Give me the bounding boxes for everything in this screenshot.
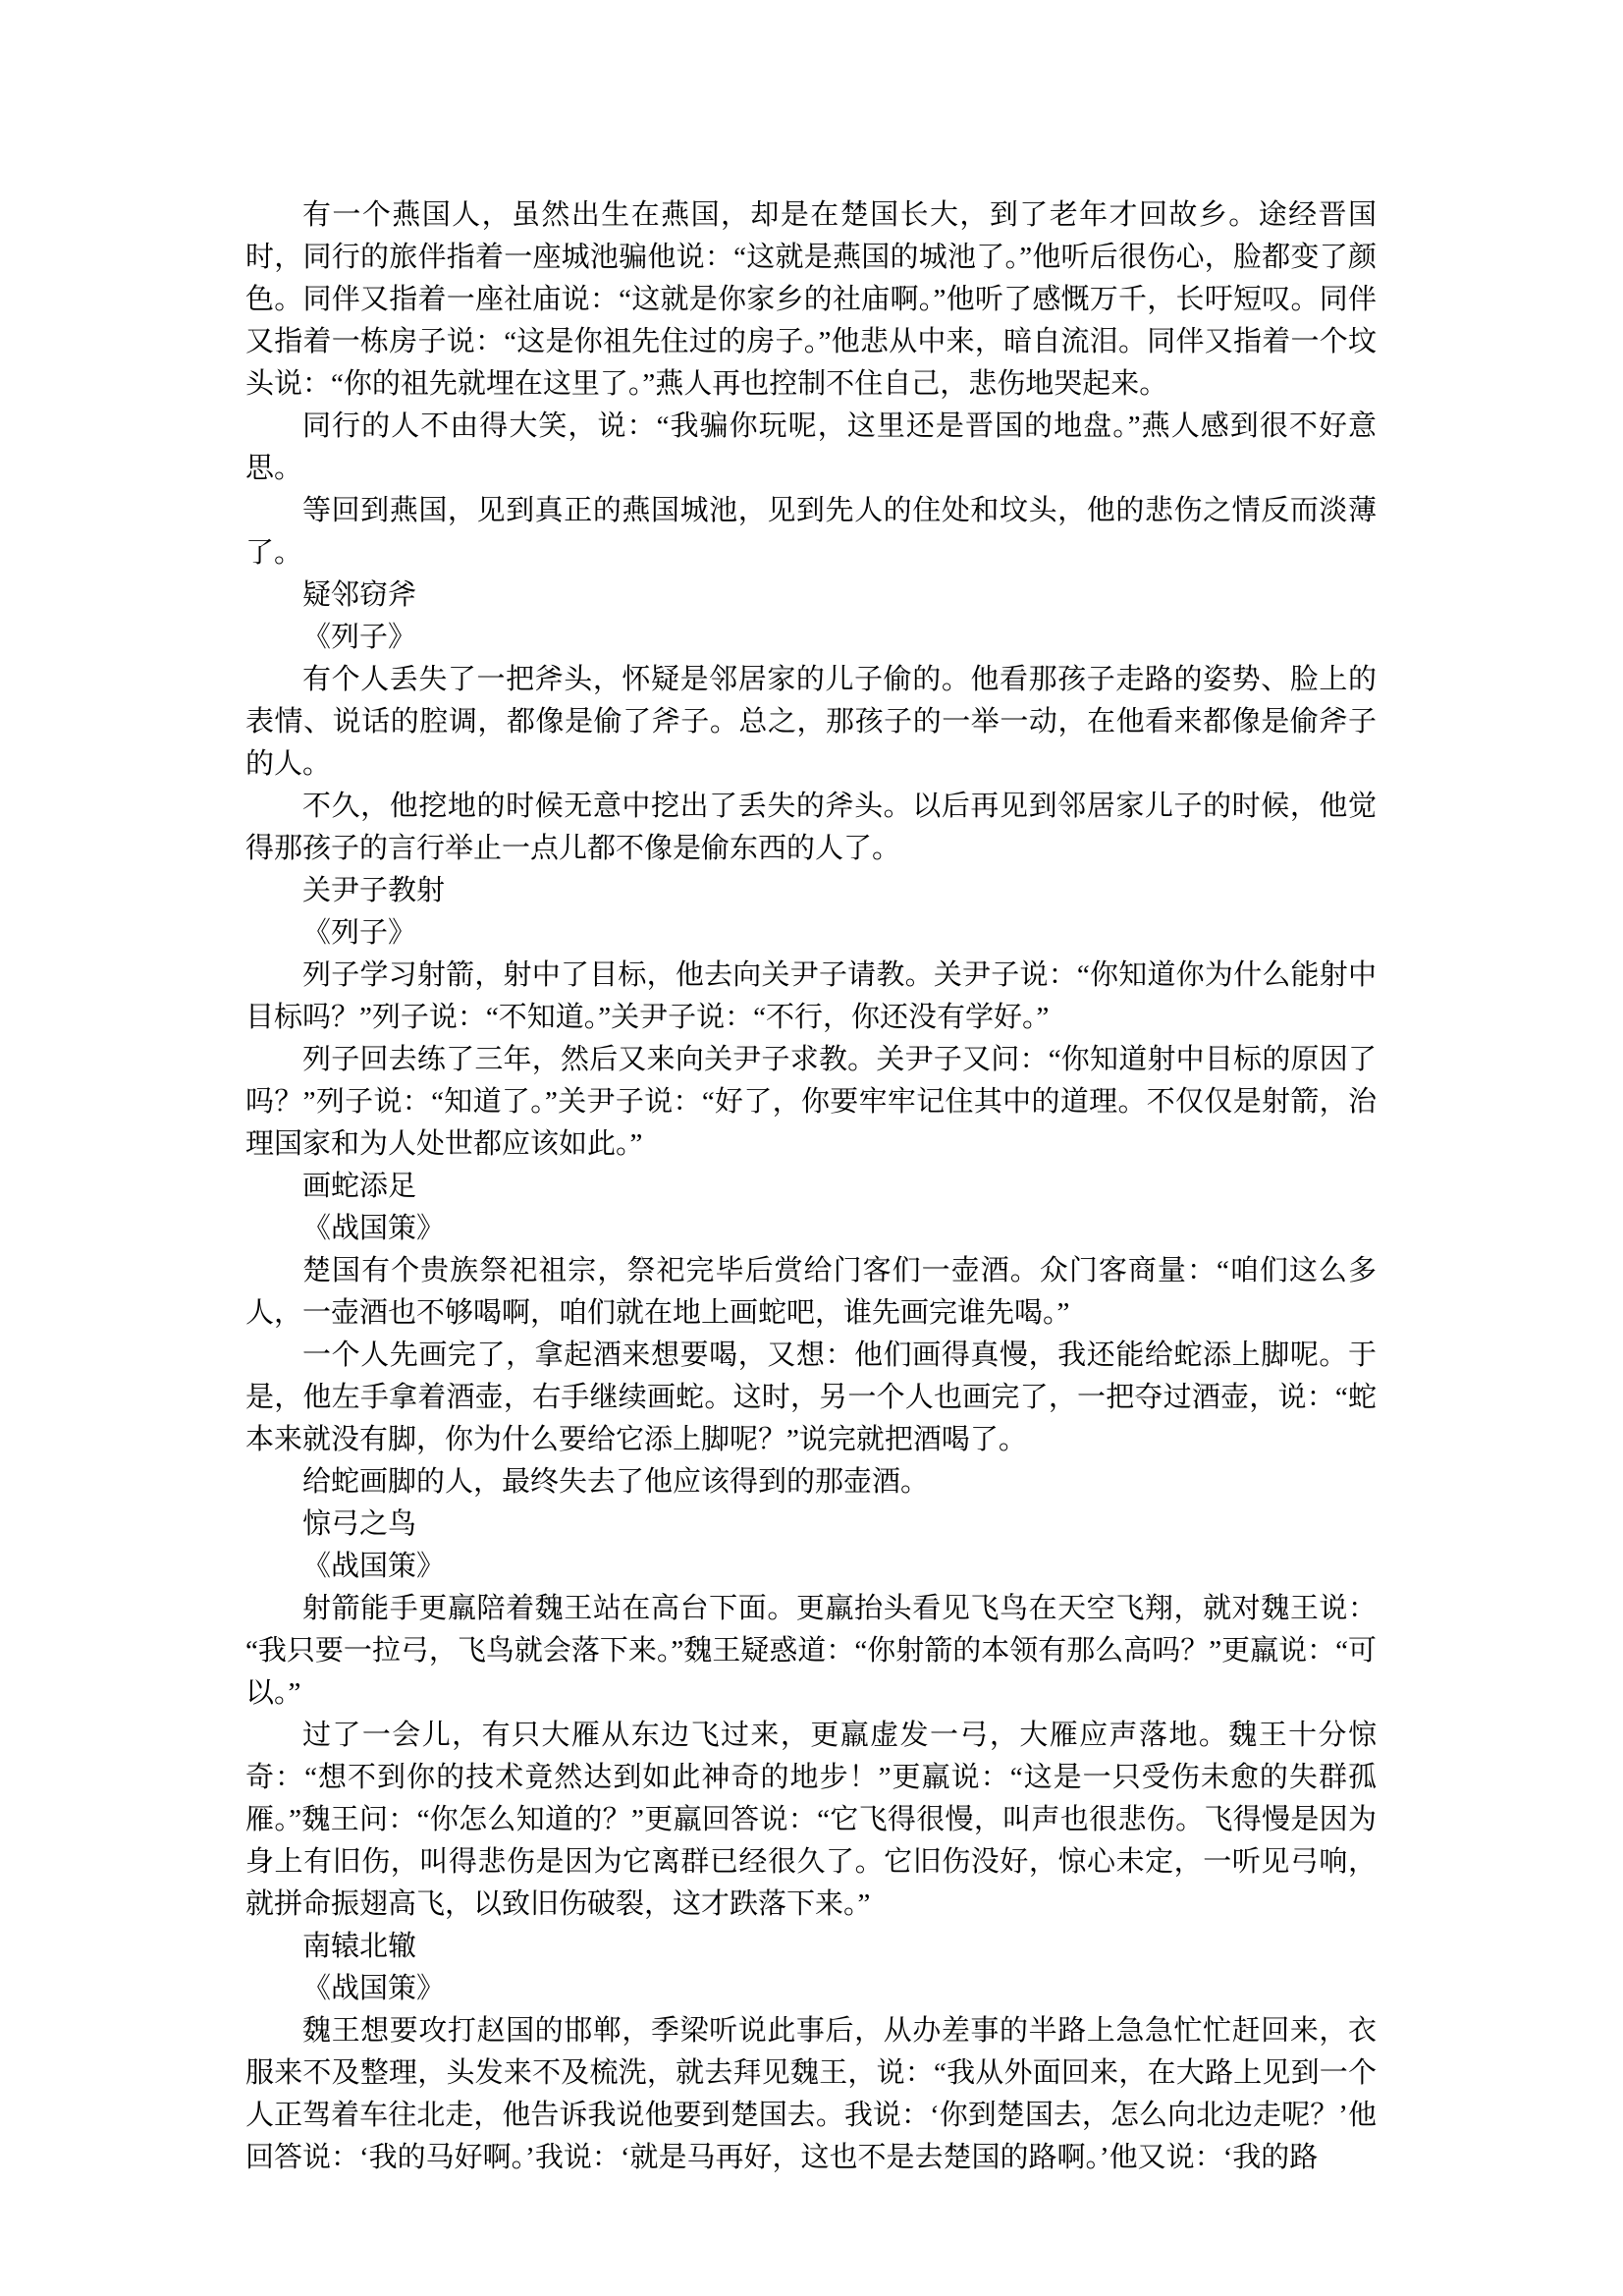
paragraph: 等回到燕国，见到真正的燕国城池，见到先人的住处和坟头，他的悲伤之情反而淡薄了。 <box>245 490 1377 574</box>
paragraph: 过了一会儿，有只大雁从东边飞过来，更羸虚发一弓，大雁应声落地。魏王十分惊奇：“想… <box>245 1715 1377 1926</box>
paragraph: 列子回去练了三年，然后又来向关尹子求教。关尹子又问：“你知道射中目标的原因了吗？… <box>245 1039 1377 1166</box>
paragraph: 楚国有个贵族祭祀祖宗，祭祀完毕后赏给门客们一壶酒。众门客商量：“咱们这么多人，一… <box>245 1250 1377 1335</box>
paragraph: 列子学习射箭，射中了目标，他去向关尹子请教。关尹子说：“你知道你为什么能射中目标… <box>245 955 1377 1039</box>
paragraph: 魏王想要攻打赵国的邯郸，季梁听说此事后，从办差事的半路上急急忙忙赶回来，衣服来不… <box>245 2010 1377 2179</box>
paragraph: 有个人丢失了一把斧头，怀疑是邻居家的儿子偷的。他看那孩子走路的姿势、脸上的表情、… <box>245 659 1377 786</box>
source-label: 《列子》 <box>245 912 1377 955</box>
paragraph: 有一个燕国人，虽然出生在燕国，却是在楚国长大，到了老年才回故乡。途经晋国时，同行… <box>245 194 1377 406</box>
story-title: 惊弓之鸟 <box>245 1503 1377 1546</box>
paragraph: 同行的人不由得大笑，说：“我骗你玩呢，这里还是晋国的地盘。”燕人感到很不好意思。 <box>245 406 1377 490</box>
story-title: 画蛇添足 <box>245 1166 1377 1208</box>
story-title: 疑邻窃斧 <box>245 574 1377 617</box>
source-label: 《战国策》 <box>245 1546 1377 1588</box>
story-title: 关尹子教射 <box>245 870 1377 912</box>
source-label: 《战国策》 <box>245 1208 1377 1250</box>
story-title: 南辕北辙 <box>245 1926 1377 1968</box>
source-label: 《战国策》 <box>245 1968 1377 2010</box>
text-block: 有一个燕国人，虽然出生在燕国，却是在楚国长大，到了老年才回故乡。途经晋国时，同行… <box>245 194 1377 2179</box>
source-label: 《列子》 <box>245 617 1377 659</box>
paragraph: 射箭能手更羸陪着魏王站在高台下面。更羸抬头看见飞鸟在天空飞翔，就对魏王说：“我只… <box>245 1588 1377 1715</box>
paragraph: 不久，他挖地的时候无意中挖出了丢失的斧头。以后再见到邻居家儿子的时候，他觉得那孩… <box>245 786 1377 870</box>
paragraph: 一个人先画完了，拿起酒来想要喝，又想：他们画得真慢，我还能给蛇添上脚呢。于是，他… <box>245 1335 1377 1461</box>
document-page: 有一个燕国人，虽然出生在燕国，却是在楚国长大，到了老年才回故乡。途经晋国时，同行… <box>0 0 1623 2296</box>
paragraph: 给蛇画脚的人，最终失去了他应该得到的那壶酒。 <box>245 1461 1377 1503</box>
